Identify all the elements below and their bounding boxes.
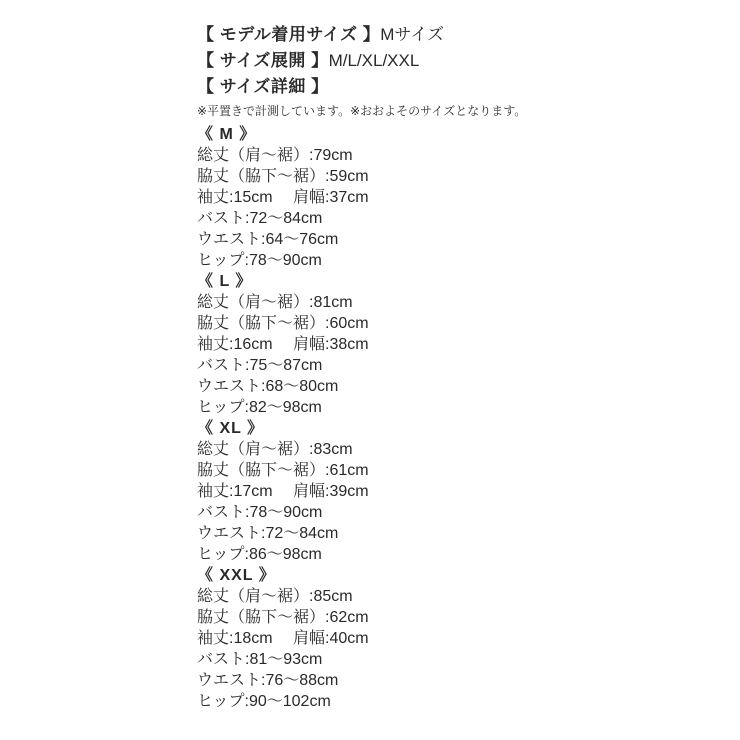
hip-line: ヒップ:82〜98cm: [197, 397, 730, 418]
size-range-value: M/L/XL/XXL: [329, 51, 420, 70]
section-title: 《 M 》: [197, 124, 730, 145]
sleeve-shoulder-line: 袖丈:18cm 肩幅:40cm: [197, 628, 730, 649]
total-length-line: 総丈（肩〜裾）:79cm: [197, 145, 730, 166]
section-title: 《 XXL 》: [197, 565, 730, 586]
section-title: 《 L 》: [197, 271, 730, 292]
bust-line: バスト:81〜93cm: [197, 649, 730, 670]
sleeve-shoulder-line: 袖丈:17cm 肩幅:39cm: [197, 481, 730, 502]
size-range-line: 【 サイズ展開 】M/L/XL/XXL: [197, 48, 730, 74]
size-section-l: 《 L 》 総丈（肩〜裾）:81cm 脇丈（脇下〜裾）:60cm 袖丈:16cm…: [197, 271, 730, 418]
size-range-label: 【 サイズ展開 】: [197, 51, 329, 70]
waist-line: ウエスト:64〜76cm: [197, 229, 730, 250]
side-length-line: 脇丈（脇下〜裾）:60cm: [197, 313, 730, 334]
size-section-xl: 《 XL 》 総丈（肩〜裾）:83cm 脇丈（脇下〜裾）:61cm 袖丈:17c…: [197, 418, 730, 565]
section-title: 《 XL 》: [197, 418, 730, 439]
size-detail-heading-label: 【 サイズ詳細 】: [197, 77, 329, 96]
waist-line: ウエスト:68〜80cm: [197, 376, 730, 397]
size-section-xxl: 《 XXL 》 総丈（肩〜裾）:85cm 脇丈（脇下〜裾）:62cm 袖丈:18…: [197, 565, 730, 712]
total-length-line: 総丈（肩〜裾）:81cm: [197, 292, 730, 313]
hip-line: ヒップ:90〜102cm: [197, 691, 730, 712]
side-length-line: 脇丈（脇下〜裾）:61cm: [197, 460, 730, 481]
sleeve-shoulder-line: 袖丈:15cm 肩幅:37cm: [197, 187, 730, 208]
model-size-line: 【 モデル着用サイズ 】Mサイズ: [197, 22, 730, 48]
waist-line: ウエスト:76〜88cm: [197, 670, 730, 691]
size-detail-heading-line: 【 サイズ詳細 】: [197, 74, 730, 100]
total-length-line: 総丈（肩〜裾）:83cm: [197, 439, 730, 460]
hip-line: ヒップ:86〜98cm: [197, 544, 730, 565]
size-detail-page: 【 モデル着用サイズ 】Mサイズ 【 サイズ展開 】M/L/XL/XXL 【 サ…: [0, 0, 740, 740]
model-size-value: Mサイズ: [380, 25, 444, 44]
size-section-m: 《 M 》 総丈（肩〜裾）:79cm 脇丈（脇下〜裾）:59cm 袖丈:15cm…: [197, 124, 730, 271]
sleeve-shoulder-line: 袖丈:16cm 肩幅:38cm: [197, 334, 730, 355]
hip-line: ヒップ:78〜90cm: [197, 250, 730, 271]
bust-line: バスト:72〜84cm: [197, 208, 730, 229]
waist-line: ウエスト:72〜84cm: [197, 523, 730, 544]
bust-line: バスト:78〜90cm: [197, 502, 730, 523]
measurement-note: ※平置きで計測しています。※おおよそのサイズとなります。: [197, 102, 730, 120]
size-sections: 《 M 》 総丈（肩〜裾）:79cm 脇丈（脇下〜裾）:59cm 袖丈:15cm…: [197, 124, 730, 712]
model-size-label: 【 モデル着用サイズ 】: [197, 25, 380, 44]
total-length-line: 総丈（肩〜裾）:85cm: [197, 586, 730, 607]
side-length-line: 脇丈（脇下〜裾）:59cm: [197, 166, 730, 187]
side-length-line: 脇丈（脇下〜裾）:62cm: [197, 607, 730, 628]
size-detail-content: 【 モデル着用サイズ 】Mサイズ 【 サイズ展開 】M/L/XL/XXL 【 サ…: [0, 0, 740, 712]
bust-line: バスト:75〜87cm: [197, 355, 730, 376]
